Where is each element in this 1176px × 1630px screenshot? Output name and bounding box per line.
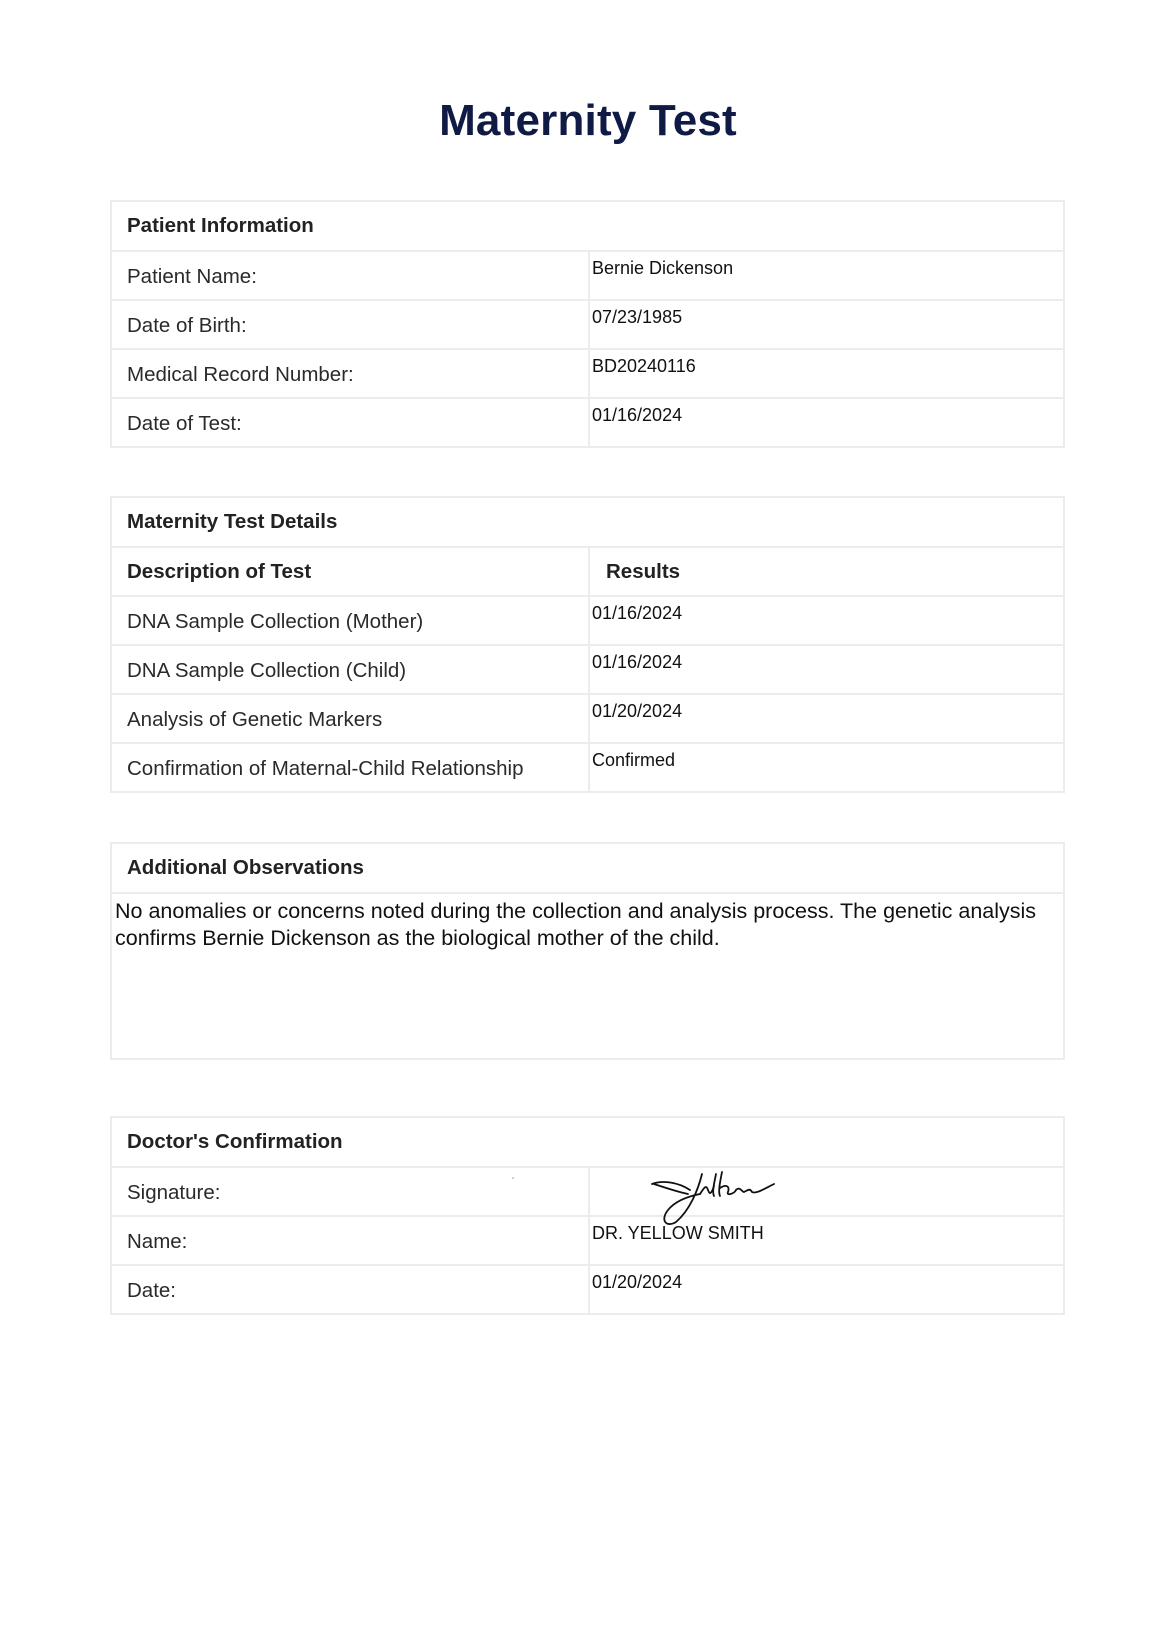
field-label: Date of Test: — [112, 399, 590, 446]
column-header-description: Description of Test — [112, 548, 590, 595]
signature-icon — [650, 1170, 780, 1228]
medical-record-number-value: BD20240116 — [590, 350, 1063, 397]
table-header-row: Description of Test Results — [112, 546, 1063, 595]
confirmation-date-row: Date: 01/20/2024 — [112, 1264, 1063, 1313]
test-result: 01/20/2024 — [590, 695, 1063, 742]
field-label: Date of Birth: — [112, 301, 590, 348]
section-heading: Maternity Test Details — [112, 498, 1063, 546]
doctor-confirmation-section: Doctor's Confirmation Signature: Name: D… — [110, 1116, 1065, 1315]
column-header-results: Results — [590, 548, 1063, 595]
test-description: Confirmation of Maternal-Child Relations… — [112, 744, 590, 791]
field-label: Name: — [112, 1217, 590, 1264]
test-description: DNA Sample Collection (Child) — [112, 646, 590, 693]
field-label: Signature: — [112, 1168, 590, 1215]
patient-information-section: Patient Information Patient Name: Bernie… — [110, 200, 1065, 448]
patient-name-value: Bernie Dickenson — [590, 252, 1063, 299]
table-row: Analysis of Genetic Markers 01/20/2024 — [112, 693, 1063, 742]
signature-row: Signature: — [112, 1166, 1063, 1215]
doctor-name-row: Name: DR. YELLOW SMITH — [112, 1215, 1063, 1264]
observations-text: No anomalies or concerns noted during th… — [112, 892, 1063, 1058]
test-result: Confirmed — [590, 744, 1063, 791]
test-result: 01/16/2024 — [590, 597, 1063, 644]
test-description: Analysis of Genetic Markers — [112, 695, 590, 742]
test-details-section: Maternity Test Details Description of Te… — [110, 496, 1065, 793]
test-description: DNA Sample Collection (Mother) — [112, 597, 590, 644]
date-of-birth-value: 07/23/1985 — [590, 301, 1063, 348]
date-of-birth-row: Date of Birth: 07/23/1985 — [112, 299, 1063, 348]
table-row: Confirmation of Maternal-Child Relations… — [112, 742, 1063, 791]
date-of-test-value: 01/16/2024 — [590, 399, 1063, 446]
section-heading: Additional Observations — [112, 844, 1063, 892]
confirmation-date-value: 01/20/2024 — [590, 1266, 1063, 1313]
patient-name-row: Patient Name: Bernie Dickenson — [112, 250, 1063, 299]
section-heading: Doctor's Confirmation — [112, 1118, 1063, 1166]
test-result: 01/16/2024 — [590, 646, 1063, 693]
section-heading: Patient Information — [112, 202, 1063, 250]
document-title: Maternity Test — [0, 96, 1176, 146]
observations-section: Additional Observations No anomalies or … — [110, 842, 1065, 1060]
field-label: Medical Record Number: — [112, 350, 590, 397]
scan-artifact — [512, 1177, 514, 1179]
field-label: Date: — [112, 1266, 590, 1313]
date-of-test-row: Date of Test: 01/16/2024 — [112, 397, 1063, 446]
signature-cell — [590, 1168, 1063, 1215]
table-row: DNA Sample Collection (Child) 01/16/2024 — [112, 644, 1063, 693]
medical-record-number-row: Medical Record Number: BD20240116 — [112, 348, 1063, 397]
field-label: Patient Name: — [112, 252, 590, 299]
table-row: DNA Sample Collection (Mother) 01/16/202… — [112, 595, 1063, 644]
